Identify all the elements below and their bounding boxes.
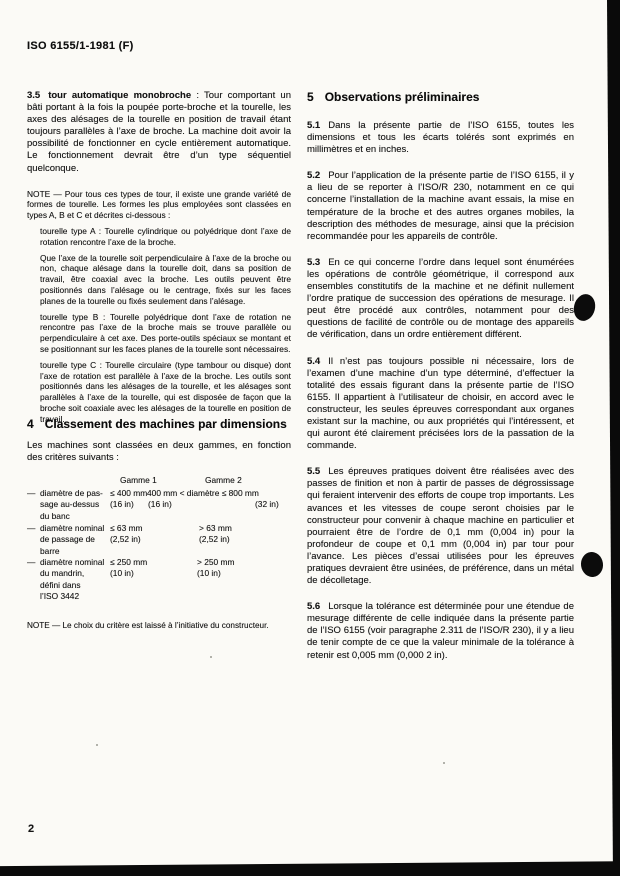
column-header-gamme-1: Gamme 1: [120, 475, 157, 486]
section-4-block: 4Classement des machines par dimensions …: [27, 417, 291, 464]
left-column: 3.5tour automatique monobroche : Tour co…: [27, 90, 291, 430]
clause-body: Lorsque la tolérance est déterminée pour…: [307, 601, 574, 660]
paragraph-turret-axis: Que l’axe de la tourelle soit perpendicu…: [40, 253, 291, 307]
dimension-classification-table: Gamme 1 Gamme 2 — diamètre de pas- sage …: [27, 475, 291, 645]
clause-number: 5.2: [307, 170, 320, 181]
right-column: 5Observations préliminaires 5.1Dans la p…: [307, 90, 574, 676]
page-number: 2: [28, 823, 34, 835]
punch-hole-mark-bottom: [579, 551, 604, 579]
note-turret-types: NOTE — Pour tous ces types de tour, il e…: [27, 189, 291, 221]
scan-speck: [210, 656, 212, 658]
paragraph-5-2: 5.2Pour l’application de la présente par…: [307, 170, 574, 243]
column-header-gamme-2: Gamme 2: [205, 475, 242, 486]
clause-body: En ce qui concerne l’ordre dans lequel s…: [307, 257, 574, 341]
row-value-gamme2: > 250 mm (10 in): [197, 557, 234, 580]
row-label-bed-swing: diamètre de pas- sage au-dessus du banc: [40, 488, 103, 522]
scan-speck: [96, 744, 98, 746]
section-number: 5: [307, 90, 314, 104]
row-value-gamme2-range: 400 mm < diamètre ≤ 800 mm: [147, 488, 259, 499]
paragraph-turret-type-a: tourelle type A : Tourelle cylindrique o…: [40, 226, 291, 248]
scan-speck: [443, 762, 445, 764]
paragraph-5-4: 5.4Il n’est pas toujours possible ni néc…: [307, 356, 574, 453]
clause-body: Pour l’application de la présente partie…: [307, 170, 574, 241]
clause-body: Les épreuves pratiques doivent être réal…: [307, 466, 574, 586]
clause-number: 5.4: [307, 356, 320, 367]
row-dash: —: [27, 557, 35, 568]
row-dash: —: [27, 523, 35, 534]
row-value-gamme2-inches-low: (16 in): [148, 499, 172, 510]
paragraph-turret-type-c: tourelle type C : Tourelle circulaire (t…: [40, 360, 291, 425]
row-value-gamme1: ≤ 250 mm (10 in): [110, 557, 147, 580]
note-criterion-choice: NOTE — Le choix du critère est laissé à …: [27, 620, 291, 631]
scan-edge-bottom: [0, 860, 620, 876]
section-title: Observations préliminaires: [325, 90, 480, 104]
section-5-heading: 5Observations préliminaires: [307, 90, 574, 104]
clause-body: Il n’est pas toujours possible ni nécess…: [307, 356, 574, 452]
paragraph-turret-type-b: tourelle type B : Tourelle polyédrique d…: [40, 312, 291, 355]
punch-hole-mark-top: [571, 292, 598, 323]
clause-title: tour automatique monobroche: [48, 90, 191, 101]
clause-number: 3.5: [27, 90, 40, 101]
clause-body: : Tour comportant un bâti portant à la f…: [27, 90, 291, 174]
section-number: 4: [27, 417, 34, 431]
paragraph-5-5: 5.5Les épreuves pratiques doivent être r…: [307, 466, 574, 587]
section-4-heading: 4Classement des machines par dimensions: [27, 417, 291, 431]
row-dash: —: [27, 488, 35, 499]
clause-number: 5.5: [307, 466, 320, 477]
clause-number: 5.6: [307, 601, 320, 612]
document-reference: ISO 6155/1-1981 (F): [27, 40, 134, 52]
paragraph-5-3: 5.3En ce qui concerne l’ordre dans leque…: [307, 257, 574, 342]
clause-number: 5.1: [307, 120, 320, 131]
paragraph-5-1: 5.1Dans la présente partie de l’ISO 6155…: [307, 120, 574, 156]
section-title: Classement des machines par dimensions: [45, 417, 287, 431]
section-4-intro: Les machines sont classées en deux gamme…: [27, 440, 291, 464]
row-label-chuck-diameter: diamètre nominal du mandrin, défini dans…: [40, 557, 104, 603]
paragraph-5-6: 5.6Lorsque la tolérance est déterminée p…: [307, 601, 574, 661]
row-value-gamme1: ≤ 400 mm (16 in): [110, 488, 147, 511]
row-value-gamme2: > 63 mm (2,52 in): [199, 523, 232, 546]
scanned-document-page: ISO 6155/1-1981 (F) 3.5tour automatique …: [0, 0, 620, 876]
paragraph-3-5: 3.5tour automatique monobroche : Tour co…: [27, 90, 291, 175]
row-value-gamme1: ≤ 63 mm (2,52 in): [110, 523, 143, 546]
clause-body: Dans la présente partie de l’ISO 6155, t…: [307, 120, 574, 155]
row-value-gamme2-inches-high: (32 in): [255, 499, 279, 510]
row-label-bar-passage: diamètre nominal de passage de barre: [40, 523, 104, 557]
scan-edge-right: [607, 0, 620, 876]
clause-number: 5.3: [307, 257, 320, 268]
